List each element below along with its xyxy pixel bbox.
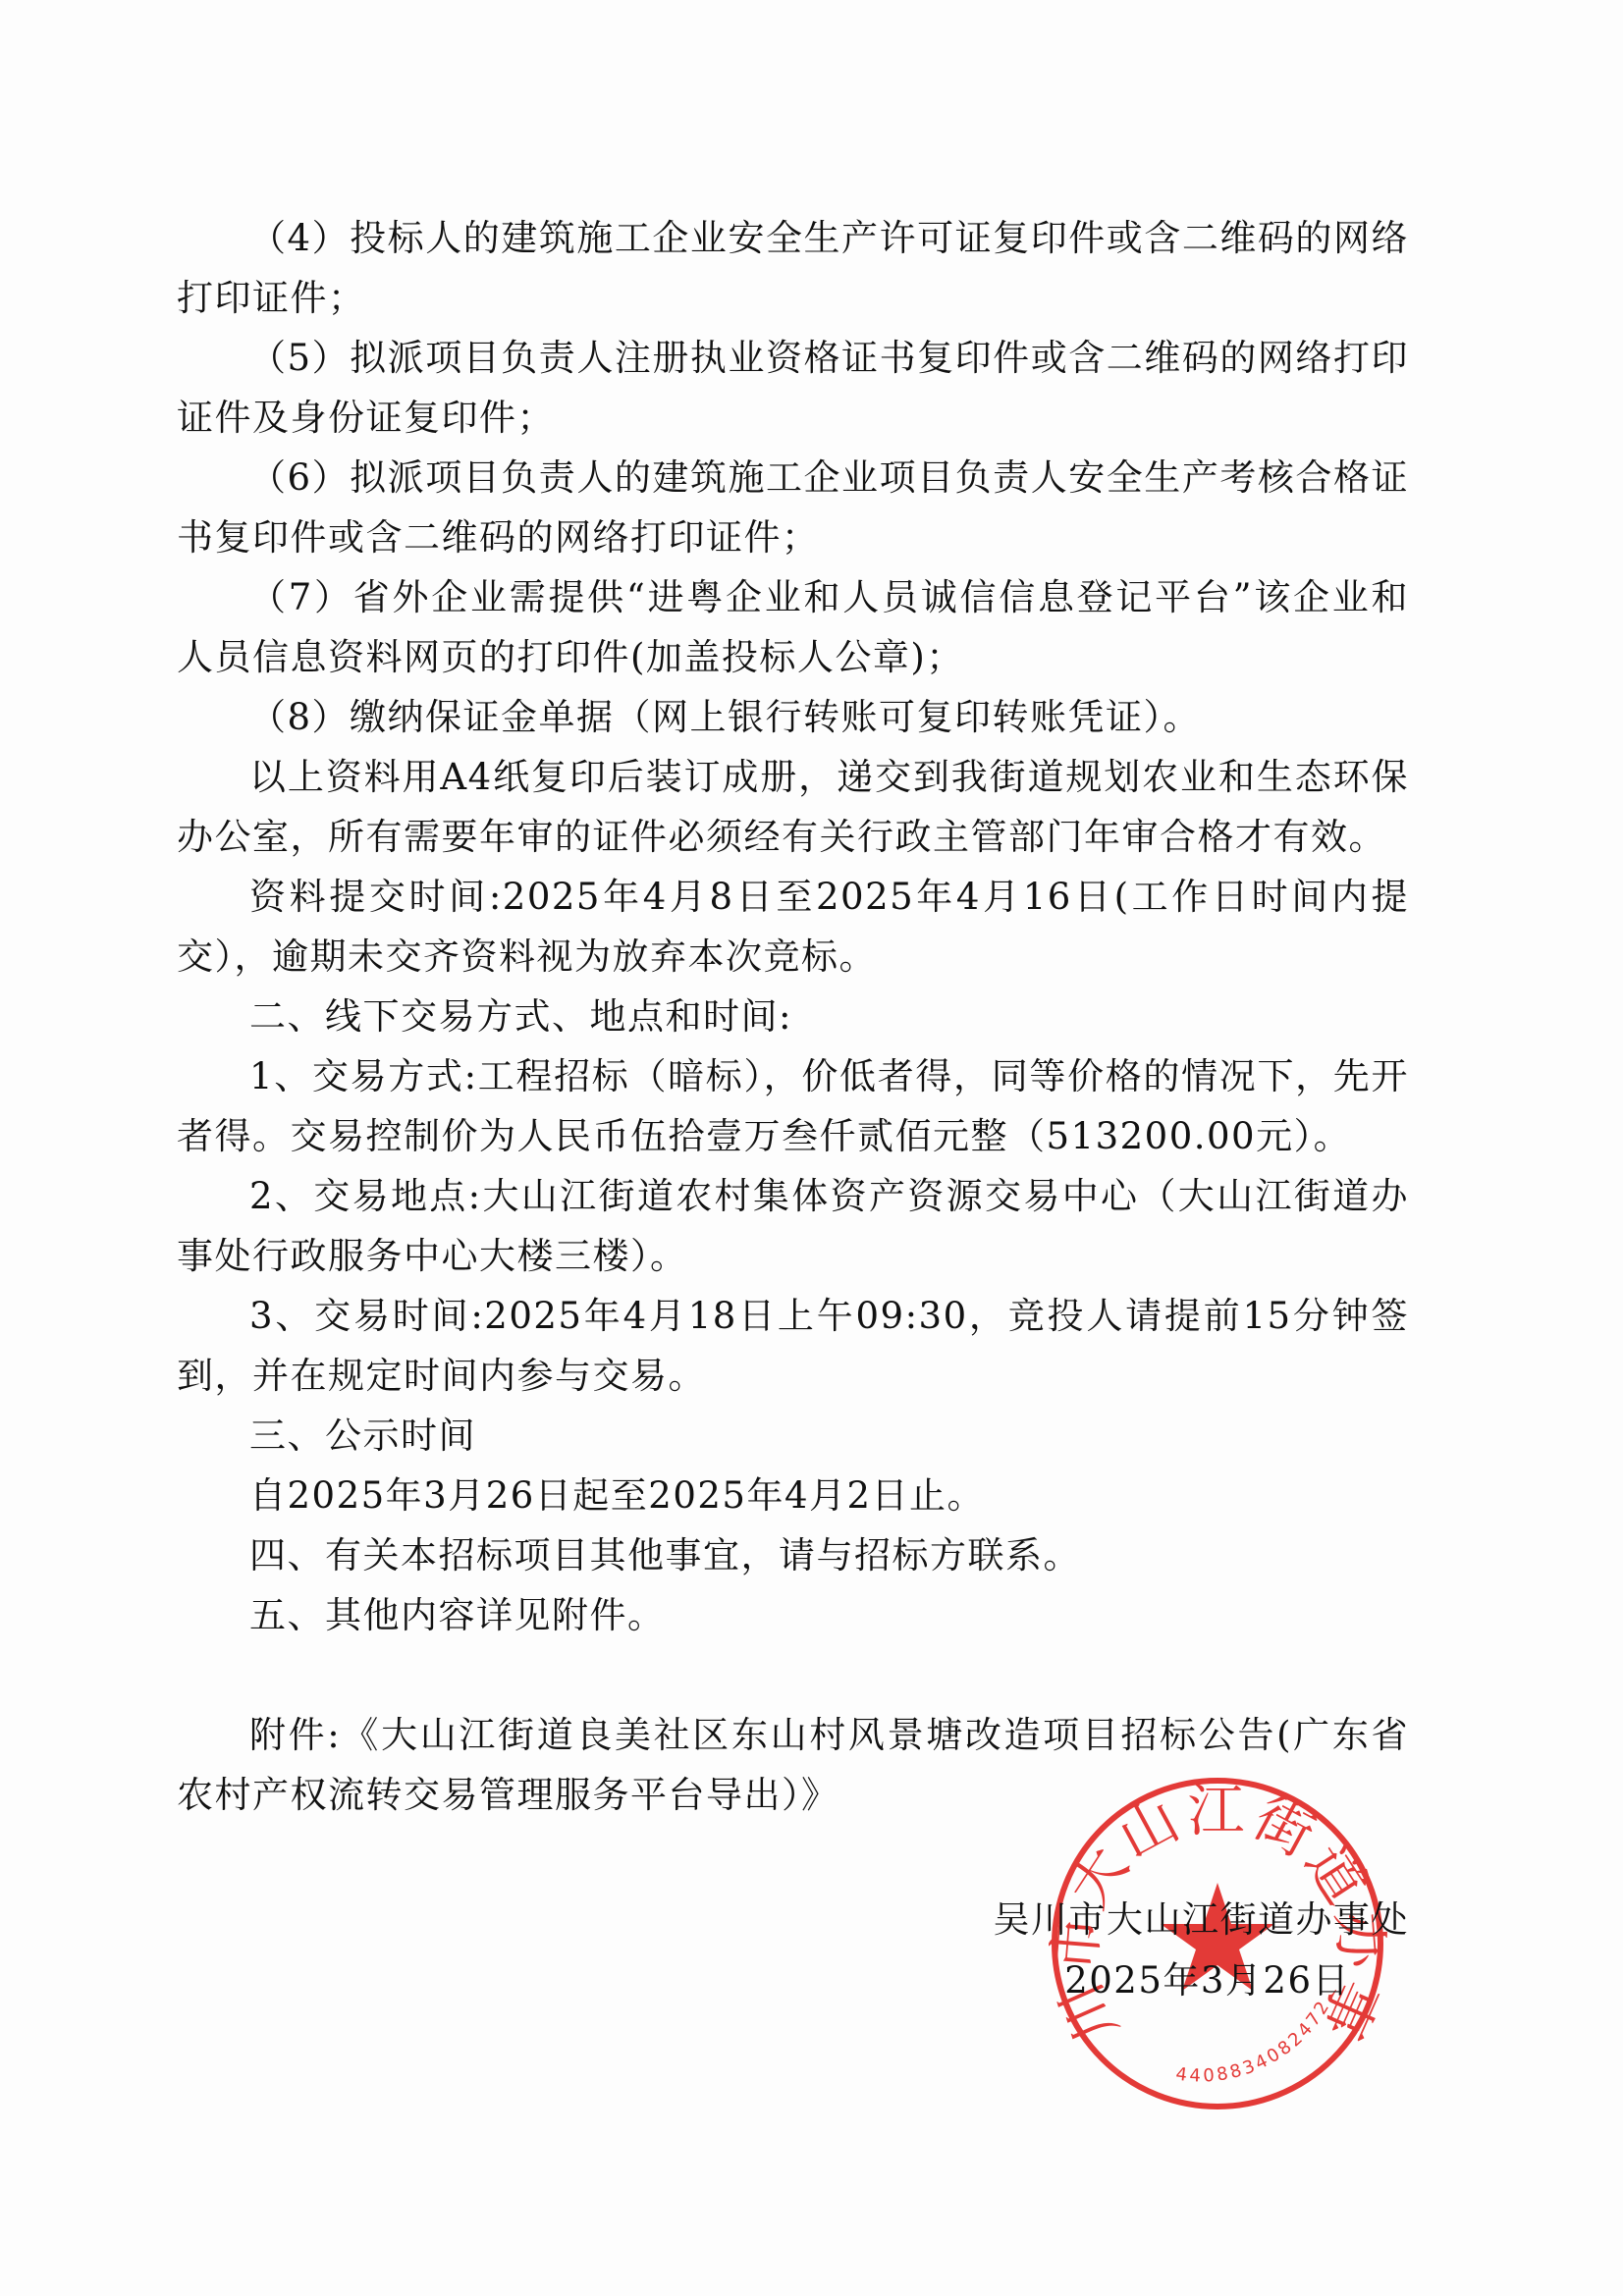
signature-block: 吴川市大山江街道办事处 2025年3月26日 [994, 1890, 1410, 2011]
blank-line [177, 1645, 1409, 1705]
trading-method: 1、交易方式:工程招标（暗标），价低者得，同等价格的情况下，先开者得。交易控制价… [177, 1046, 1409, 1166]
requirement-item-5: （5）拟派项目负责人注册执业资格证书复印件或含二维码的网络打印证件及身份证复印件… [177, 328, 1409, 448]
submission-period: 资料提交时间:2025年4月8日至2025年4月16日(工作日时间内提交），逾期… [177, 867, 1409, 987]
section-heading-4: 四、有关本招标项目其他事宜，请与招标方联系。 [177, 1525, 1409, 1585]
submission-instructions: 以上资料用A4纸复印后装订成册，递交到我街道规划农业和生态环保办公室，所有需要年… [177, 747, 1409, 867]
document-body: （4）投标人的建筑施工企业安全生产许可证复印件或含二维码的网络打印证件； （5）… [177, 208, 1409, 1825]
signing-date: 2025年3月26日 [994, 1950, 1351, 2011]
publicity-period: 自2025年3月26日起至2025年4月2日止。 [177, 1466, 1409, 1525]
signing-organization: 吴川市大山江街道办事处 [994, 1890, 1410, 1950]
section-heading-5: 五、其他内容详见附件。 [177, 1585, 1409, 1645]
requirement-item-7: （7）省外企业需提供“进粤企业和人员诚信信息登记平台”该企业和人员信息资料网页的… [177, 567, 1409, 687]
requirement-item-4: （4）投标人的建筑施工企业安全生产许可证复印件或含二维码的网络打印证件； [177, 208, 1409, 328]
trading-time: 3、交易时间:2025年4月18日上午09:30，竞投人请提前15分钟签到，并在… [177, 1286, 1409, 1406]
requirement-item-6: （6）拟派项目负责人的建筑施工企业项目负责人安全生产考核合格证书复印件或含二维码… [177, 448, 1409, 567]
section-heading-3: 三、公示时间 [177, 1406, 1409, 1466]
trading-location: 2、交易地点:大山江街道农村集体资产资源交易中心（大山江街道办事处行政服务中心大… [177, 1166, 1409, 1286]
document-page: （4）投标人的建筑施工企业安全生产许可证复印件或含二维码的网络打印证件； （5）… [0, 0, 1623, 2296]
requirement-item-8: （8）缴纳保证金单据（网上银行转账可复印转账凭证）。 [177, 687, 1409, 747]
section-heading-2: 二、线下交易方式、地点和时间: [177, 987, 1409, 1046]
